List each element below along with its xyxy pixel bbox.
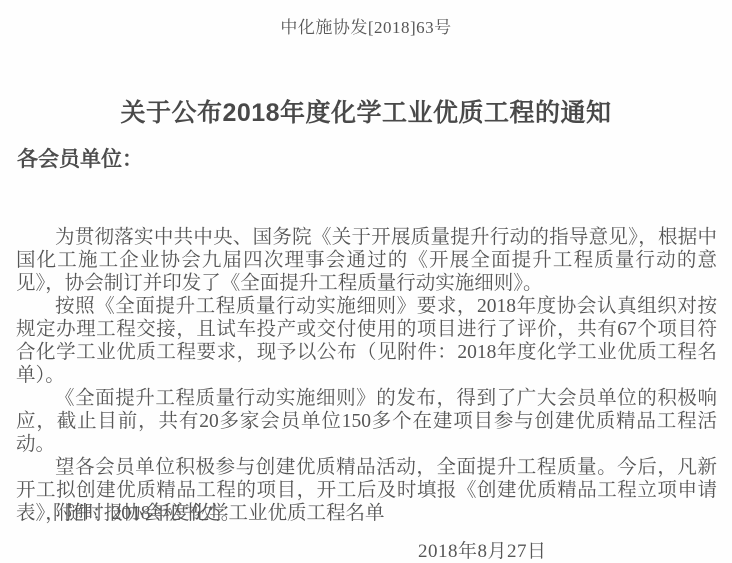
salutation: 各会员单位： bbox=[17, 143, 143, 173]
paragraph-1: 为贯彻落实中共中央、国务院《关于开展质量提升行动的指导意见》，根据中国化工施工企… bbox=[16, 226, 717, 295]
document-page: 中化施协发[2018]63号 关于公布2018年度化学工业优质工程的通知 各会员… bbox=[0, 0, 732, 563]
doc-number: 中化施协发[2018]63号 bbox=[0, 13, 732, 38]
page-title: 关于公布2018年度化学工业优质工程的通知 bbox=[0, 93, 732, 129]
attachment-line: 附件：2018年度化学工业优质工程名单 bbox=[53, 497, 385, 525]
paragraph-2: 按照《全面提升工程质量行动实施细则》要求，2018年度协会认真组织对按规定办理工… bbox=[16, 295, 717, 387]
document-body: 为贯彻落实中共中央、国务院《关于开展质量提升行动的指导意见》，根据中国化工施工企… bbox=[16, 226, 717, 525]
paragraph-3: 《全面提升工程质量行动实施细则》的发布，得到了广大会员单位的积极响应，截止目前，… bbox=[16, 387, 717, 456]
date-line: 2018年8月27日 bbox=[418, 536, 547, 563]
